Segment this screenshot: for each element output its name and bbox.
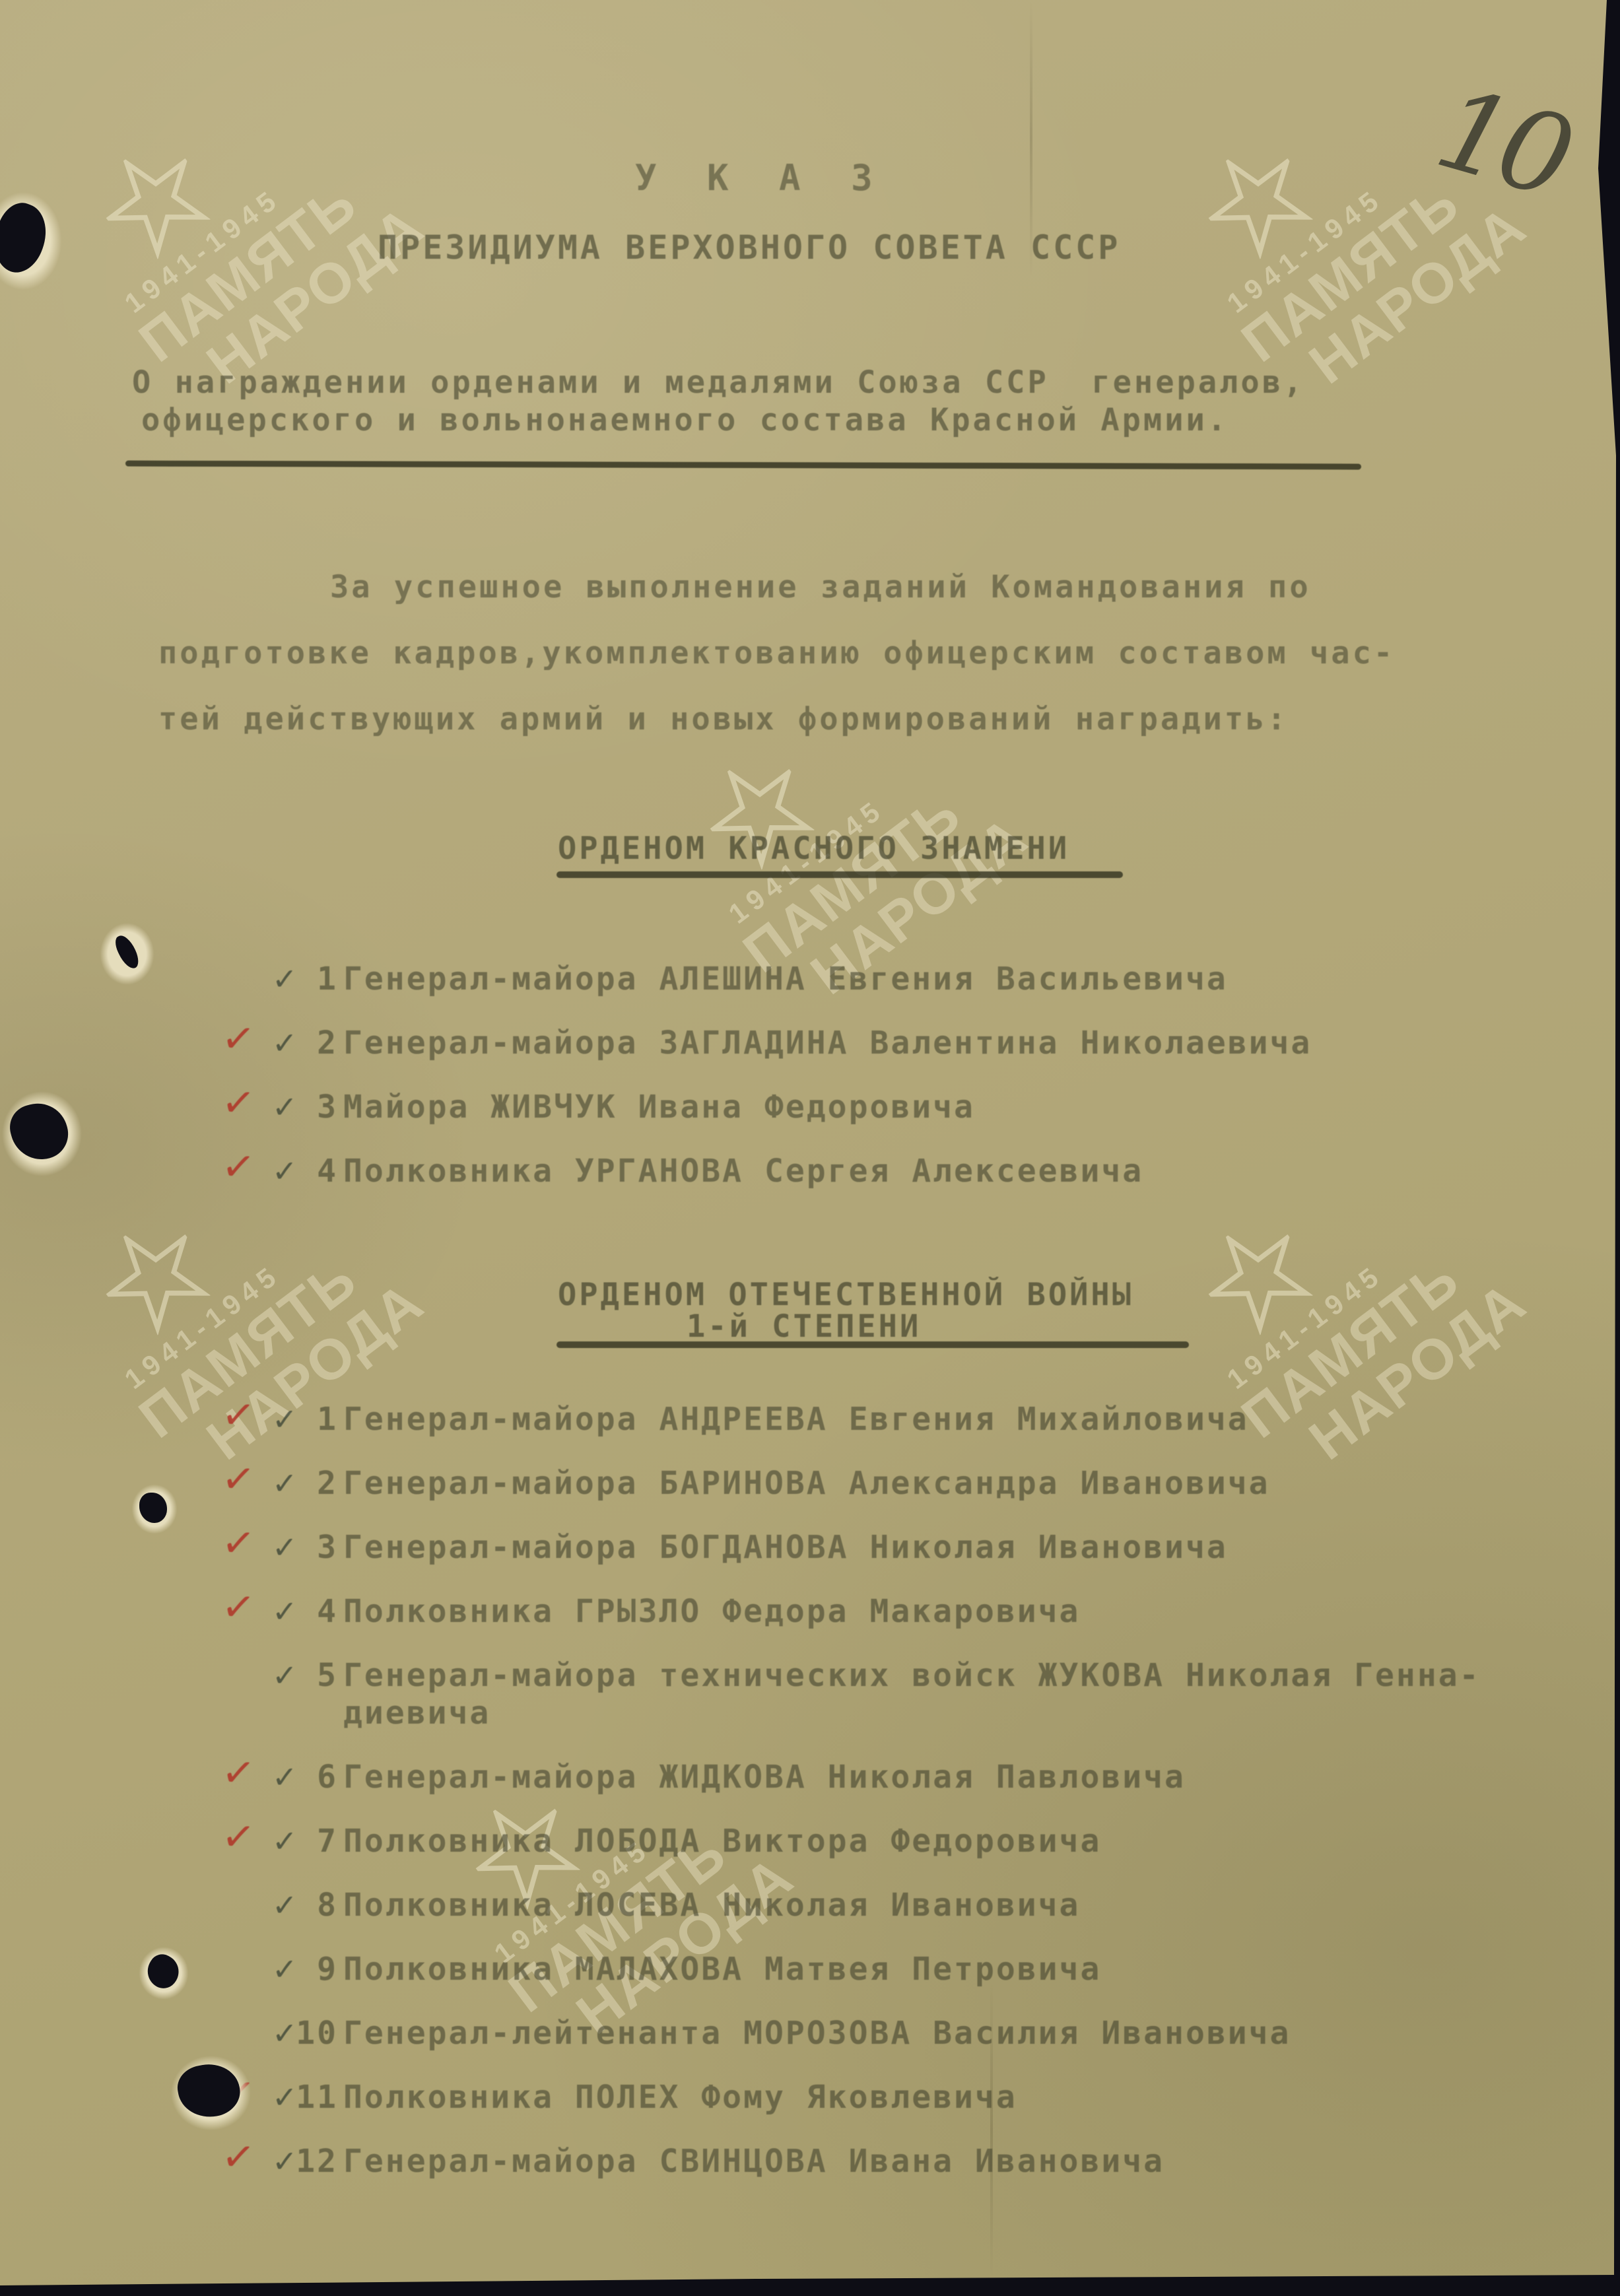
- award-list-red-banner: ✓ ✓ 1 Генерал-майора АЛЕШИНА Евгения Вас…: [218, 961, 1512, 1217]
- award-list-item: ✓ ✓ 10 Генерал-лейтенанта МОРОЗОВА Васил…: [218, 2015, 1512, 2052]
- section-heading-line2: 1-й СТЕПЕНИ: [687, 1308, 921, 1345]
- red-checkmark-icon: ✓: [220, 2136, 259, 2178]
- award-list-item: ✓ ✓ 3 Майора ЖИВЧУК Ивана Федоровича: [218, 1089, 1512, 1126]
- item-text: Генерал-майора БОГДАНОВА Николая Иванови…: [343, 1529, 1512, 1567]
- decree-subject-line: О награждении орденами и медалями Союза …: [132, 364, 1304, 401]
- red-checkmark-icon: ✓: [220, 1394, 259, 1436]
- paper-tear: [92, 914, 162, 994]
- heading-underline: [557, 1341, 1189, 1348]
- decree-intro-line: За успешное выполнение заданий Командова…: [330, 569, 1311, 605]
- award-list-item: ✓ ✓ 1 Генерал-майора АНДРЕЕВА Евгения Ми…: [218, 1401, 1512, 1438]
- paper-hole: [160, 2045, 262, 2141]
- paper-hole: [125, 1477, 184, 1541]
- item-text: Генерал-майора ЗАГЛАДИНА Валентина Никол…: [343, 1025, 1512, 1062]
- award-list-item: ✓ ✓ 5 Генерал-майора технических войск Ж…: [218, 1657, 1512, 1732]
- item-number: 9: [292, 1951, 338, 1988]
- red-checkmark-icon: ✓: [220, 1081, 259, 1124]
- item-text: Полковника ЛОБОДА Виктора Федоровича: [343, 1823, 1512, 1860]
- item-number: 7: [292, 1823, 338, 1860]
- red-checkmark-icon: ✓: [220, 1522, 259, 1565]
- item-number: 4: [292, 1153, 338, 1190]
- item-number: 8: [292, 1887, 338, 1924]
- section-heading: ОРДЕНОМ КРАСНОГО ЗНАМЕНИ: [558, 830, 1069, 867]
- award-list-item: ✓ ✓ 11 Полковника ПОЛЕХ Фому Яковлевича: [218, 2079, 1512, 2116]
- scanned-document-page: 1941-1945 ПАМЯТЬ НАРОДА 1941-1945 ПАМЯТЬ…: [0, 0, 1620, 2296]
- item-number: 6: [292, 1759, 338, 1796]
- item-number: 4: [292, 1593, 338, 1631]
- item-text: Полковника ГРЫЗЛО Федора Макаровича: [343, 1593, 1512, 1631]
- award-list-item: ✓ ✓ 7 Полковника ЛОБОДА Виктора Федорови…: [218, 1823, 1512, 1860]
- item-text: Генерал-майора СВИНЦОВА Ивана Ивановича: [343, 2143, 1512, 2180]
- item-text: Полковника УРГАНОВА Сергея Алексеевича: [343, 1153, 1512, 1190]
- typed-text-layer: У К А З ПРЕЗИДИУМА ВЕРХОВНОГО СОВЕТА ССС…: [0, 0, 1620, 2296]
- item-text: Генерал-майора БАРИНОВА Александра Ивано…: [343, 1465, 1512, 1503]
- decree-title: У К А З: [635, 157, 887, 199]
- section-heading: ОРДЕНОМ ОТЕЧЕСТВЕННОЙ ВОЙНЫ: [558, 1277, 1133, 1313]
- item-number: 5: [292, 1657, 338, 1695]
- item-number: 10: [292, 2015, 338, 2052]
- item-text: Генерал-майора ЖИДКОВА Николая Павловича: [343, 1759, 1512, 1796]
- paper-hole: [132, 1940, 195, 2007]
- item-text: Полковника ЛОСЕВА Николая Ивановича: [343, 1887, 1512, 1924]
- item-text: Генерал-майора АНДРЕЕВА Евгения Михайлов…: [343, 1401, 1512, 1438]
- item-number: 2: [292, 1025, 338, 1062]
- item-number: 12: [292, 2143, 338, 2180]
- item-text: Майора ЖИВЧУК Ивана Федоровича: [343, 1089, 1512, 1126]
- decree-intro-line: тей действующих армий и новых формирован…: [158, 701, 1289, 737]
- red-checkmark-icon: ✓: [220, 1458, 259, 1501]
- item-number: 2: [292, 1465, 338, 1503]
- award-list-item: ✓ ✓ 2 Генерал-майора БАРИНОВА Александра…: [218, 1465, 1512, 1503]
- item-text: Генерал-майора технических войск ЖУКОВА …: [343, 1657, 1512, 1732]
- red-checkmark-icon: ✓: [220, 1017, 259, 1060]
- item-text: Генерал-майора АЛЕШИНА Евгения Васильеви…: [343, 961, 1512, 998]
- award-list-item: ✓ ✓ 3 Генерал-майора БОГДАНОВА Николая И…: [218, 1529, 1512, 1567]
- red-checkmark-icon: ✓: [220, 1751, 259, 1794]
- item-text: Полковника ПОЛЕХ Фому Яковлевича: [343, 2079, 1512, 2116]
- item-number: 1: [292, 961, 338, 998]
- red-checkmark-icon: ✓: [220, 1145, 259, 1188]
- award-list-item: ✓ ✓ 6 Генерал-майора ЖИДКОВА Николая Пав…: [218, 1759, 1512, 1796]
- award-list-item: ✓ ✓ 1 Генерал-майора АЛЕШИНА Евгения Вас…: [218, 961, 1512, 998]
- decree-subject-line: офицерского и вольнонаемного состава Кра…: [141, 402, 1229, 438]
- item-number: 1: [292, 1401, 338, 1438]
- item-number: 3: [292, 1089, 338, 1126]
- award-list-item: ✓ ✓ 4 Полковника УРГАНОВА Сергея Алексее…: [218, 1153, 1512, 1190]
- heading-underline: [557, 871, 1123, 878]
- item-number: 3: [292, 1529, 338, 1567]
- item-number: 11: [292, 2079, 338, 2116]
- horizontal-rule: [125, 461, 1361, 470]
- award-list-item: ✓ ✓ 4 Полковника ГРЫЗЛО Федора Макарович…: [218, 1593, 1512, 1631]
- item-text: Полковника МАЛАХОВА Матвея Петровича: [343, 1951, 1512, 1988]
- award-list-item: ✓ ✓ 2 Генерал-майора ЗАГЛАДИНА Валентина…: [218, 1025, 1512, 1062]
- red-checkmark-icon: ✓: [220, 1815, 259, 1858]
- award-list-item: ✓ ✓ 9 Полковника МАЛАХОВА Матвея Петрови…: [218, 1951, 1512, 1988]
- decree-intro-line: подготовке кадров,укомплектованию офицер…: [158, 635, 1395, 671]
- award-list-item: ✓ ✓ 8 Полковника ЛОСЕВА Николая Иванович…: [218, 1887, 1512, 1924]
- award-list-item: ✓ ✓ 12 Генерал-майора СВИНЦОВА Ивана Ива…: [218, 2143, 1512, 2180]
- paper-sheet: 1941-1945 ПАМЯТЬ НАРОДА 1941-1945 ПАМЯТЬ…: [0, 0, 1620, 2296]
- item-text: Генерал-лейтенанта МОРОЗОВА Василия Иван…: [343, 2015, 1512, 2052]
- award-list-patriotic-war: ✓ ✓ 1 Генерал-майора АНДРЕЕВА Евгения Ми…: [218, 1401, 1512, 2207]
- red-checkmark-icon: ✓: [220, 1586, 259, 1629]
- decree-subtitle: ПРЕЗИДИУМА ВЕРХОВНОГО СОВЕТА СССР: [378, 228, 1120, 267]
